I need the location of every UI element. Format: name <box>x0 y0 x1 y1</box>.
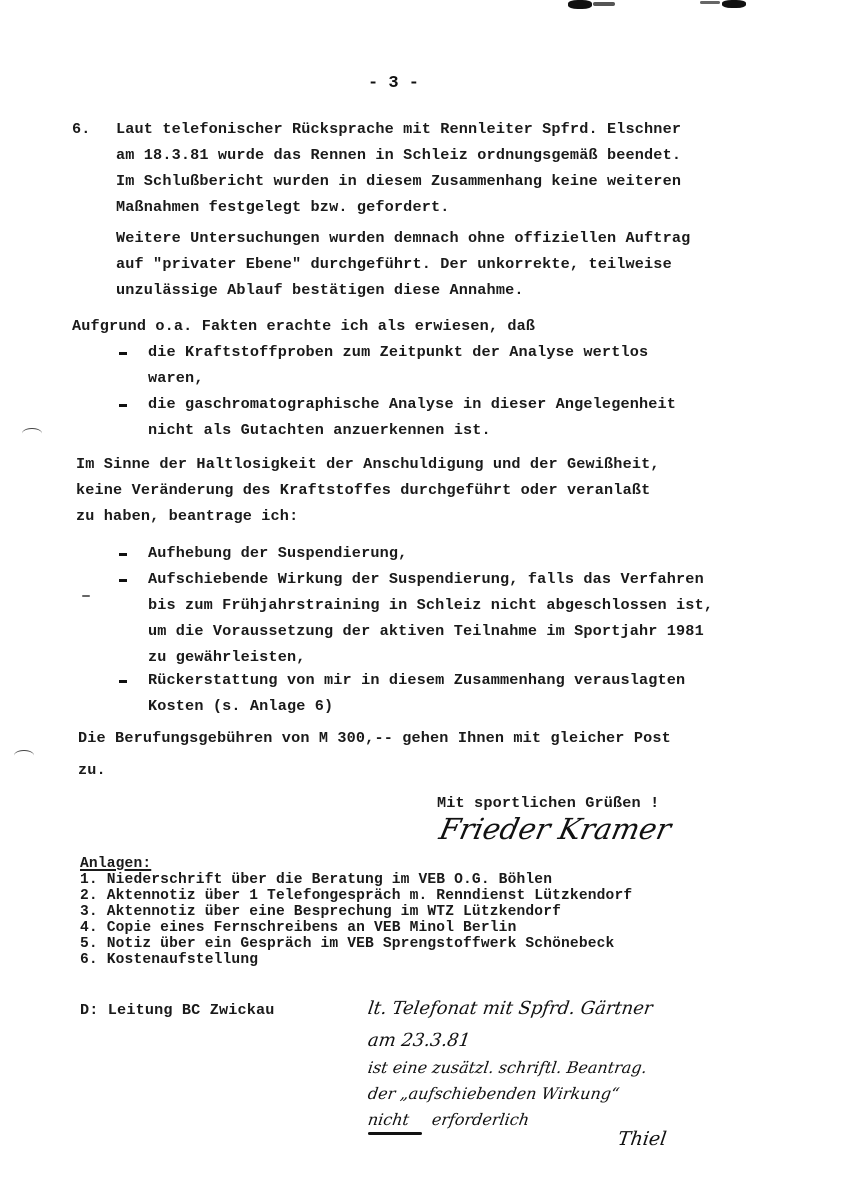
bullet-dash <box>119 553 127 556</box>
text-line: Weitere Untersuchungen wurden demnach oh… <box>116 229 690 247</box>
attachment-item: 4. Copie eines Fernschreibens an VEB Min… <box>80 920 516 936</box>
text-line: am 18.3.81 wurde das Rennen in Schleiz o… <box>116 146 681 164</box>
margin-mark <box>22 428 42 439</box>
handwritten-underline <box>368 1132 422 1135</box>
attachment-item: 5. Notiz über ein Gespräch im VEB Spreng… <box>80 936 614 952</box>
text-line: Rückerstattung von mir in diesem Zusamme… <box>148 671 685 689</box>
bullet-dash <box>119 404 127 407</box>
margin-mark <box>14 750 34 761</box>
text-line: Die Berufungsgebühren von M 300,-- gehen… <box>78 729 671 747</box>
handwritten-line: ist eine zusätzl. schriftl. Beantrag. <box>367 1058 648 1077</box>
handwritten-initials: Thiel <box>616 1128 667 1150</box>
bullet-dash <box>119 579 127 582</box>
page-number: - 3 - <box>368 74 419 93</box>
handwritten-line: nicht <box>367 1110 411 1129</box>
text-line: Maßnahmen festgelegt bzw. gefordert. <box>116 198 450 216</box>
text-line: Aufschiebende Wirkung der Suspendierung,… <box>148 570 704 588</box>
text-line: Laut telefonischer Rücksprache mit Rennl… <box>116 120 681 138</box>
text-line: zu haben, beantrage ich: <box>76 507 298 525</box>
scan-artifact <box>568 0 592 9</box>
bullet-dash <box>119 352 127 355</box>
section-number: 6. <box>72 120 91 138</box>
attachment-item: 1. Niederschrift über die Beratung im VE… <box>80 872 552 888</box>
conclusion-intro: Aufgrund o.a. Fakten erachte ich als erw… <box>72 317 535 335</box>
text-line: unzulässige Ablauf bestätigen diese Anna… <box>116 281 524 299</box>
scan-artifact <box>722 0 746 8</box>
handwritten-line: erforderlich <box>431 1110 531 1129</box>
document-page: - 3 - 6. Laut telefonischer Rücksprache … <box>0 0 843 1200</box>
text-line: zu gewährleisten, <box>148 648 306 666</box>
margin-mark <box>82 595 90 597</box>
text-line: Im Schlußbericht wurden in diesem Zusamm… <box>116 172 681 190</box>
handwritten-line: der „aufschiebenden Wirkung“ <box>367 1084 621 1103</box>
text-line: um die Voraussetzung der aktiven Teilnah… <box>148 622 704 640</box>
attachment-item: 6. Kostenaufstellung <box>80 952 258 968</box>
attachment-item: 2. Aktennotiz über 1 Telefongespräch m. … <box>80 888 632 904</box>
text-line: die Kraftstoffproben zum Zeitpunkt der A… <box>148 343 648 361</box>
text-line: zu. <box>78 761 106 779</box>
scan-artifact <box>593 2 615 6</box>
handwritten-line: am 23.3.81 <box>367 1030 472 1051</box>
bullet-dash <box>119 680 127 683</box>
copy-to: D: Leitung BC Zwickau <box>80 1001 275 1019</box>
text-line: auf "privater Ebene" durchgeführt. Der u… <box>116 255 672 273</box>
text-line: waren, <box>148 369 204 387</box>
attachment-item: 3. Aktennotiz über eine Besprechung im W… <box>80 904 561 920</box>
signature: Frieder Kramer <box>436 812 674 846</box>
scan-artifact <box>700 1 720 4</box>
closing-salutation: Mit sportlichen Grüßen ! <box>437 794 659 812</box>
text-line: keine Veränderung des Kraftstoffes durch… <box>76 481 650 499</box>
text-line: nicht als Gutachten anzuerkennen ist. <box>148 421 491 439</box>
handwritten-line: lt. Telefonat mit Spfrd. Gärtner <box>367 998 654 1019</box>
text-line: die gaschromatographische Analyse in die… <box>148 395 676 413</box>
text-line: Aufhebung der Suspendierung, <box>148 544 407 562</box>
attachments-heading: Anlagen: <box>80 856 151 872</box>
text-line: Kosten (s. Anlage 6) <box>148 697 333 715</box>
text-line: Im Sinne der Haltlosigkeit der Anschuldi… <box>76 455 660 473</box>
text-line: bis zum Frühjahrstraining in Schleiz nic… <box>148 596 713 614</box>
